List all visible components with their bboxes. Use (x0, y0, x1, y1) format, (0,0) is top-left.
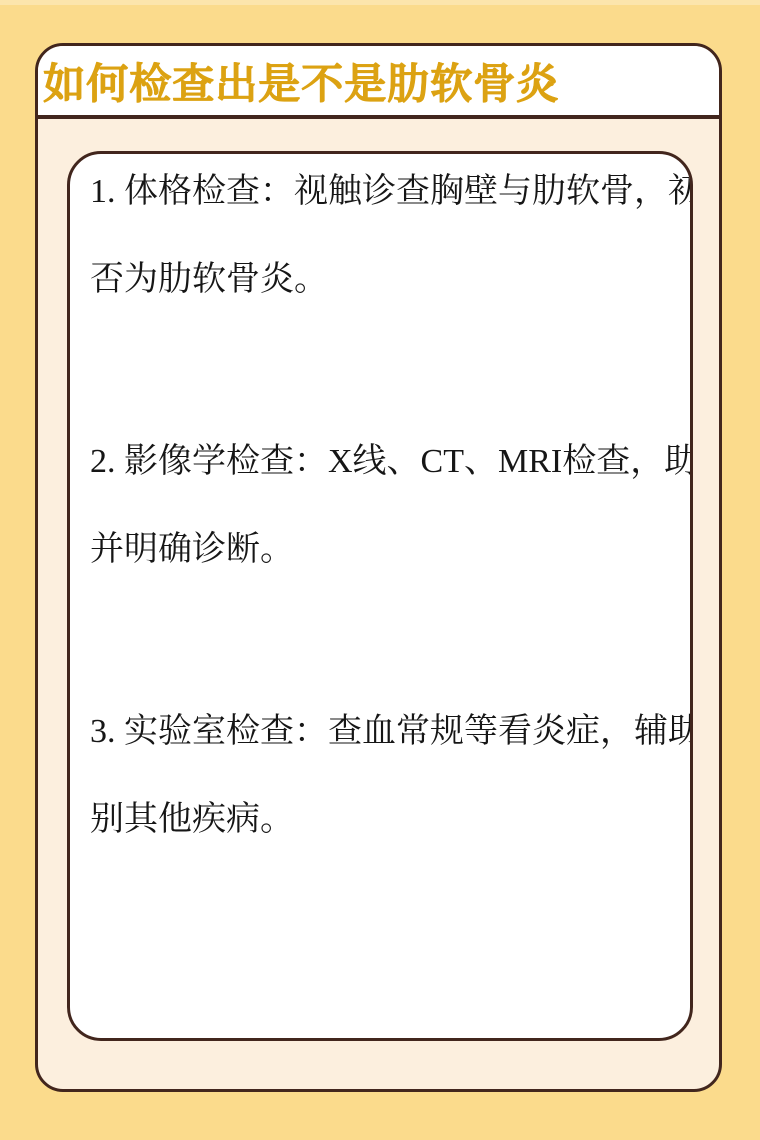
page-background: { "header": { "title": "如何检查出是不是肋软骨炎" },… (0, 0, 760, 1140)
text-area: 1. 体格检查：视触诊查胸壁与肋软骨，初步判断是 否为肋软骨炎。 2. 影像学检… (70, 151, 690, 864)
list-item-line: 并明确诊断。 (90, 506, 678, 594)
list-item-line: 3. 实验室检查：查血常规等看炎症，辅助诊断并鉴 (90, 688, 678, 776)
list-item-line: 别其他疾病。 (90, 776, 678, 864)
content-box: 1. 体格检查：视触诊查胸壁与肋软骨，初步判断是 否为肋软骨炎。 2. 影像学检… (67, 151, 693, 1041)
list-item-physical-exam: 1. 体格检查：视触诊查胸壁与肋软骨，初步判断是 否为肋软骨炎。 (90, 151, 678, 324)
list-item-line: 2. 影像学检查：X线、CT、MRI检查，助排除他病 (90, 418, 678, 506)
card-header: 如何检查出是不是肋软骨炎 (38, 46, 719, 119)
list-item-imaging-exam: 2. 影像学检查：X线、CT、MRI检查，助排除他病 并明确诊断。 (90, 418, 678, 594)
background-top-highlight (0, 0, 760, 5)
info-card: 如何检查出是不是肋软骨炎 1. 体格检查：视触诊查胸壁与肋软骨，初步判断是 否为… (35, 43, 722, 1092)
list-item-line: 否为肋软骨炎。 (90, 236, 678, 324)
list-item-line: 1. 体格检查：视触诊查胸壁与肋软骨，初步判断是 (90, 151, 678, 236)
page-title: 如何检查出是不是肋软骨炎 (38, 51, 559, 111)
list-item-lab-exam: 3. 实验室检查：查血常规等看炎症，辅助诊断并鉴 别其他疾病。 (90, 688, 678, 864)
